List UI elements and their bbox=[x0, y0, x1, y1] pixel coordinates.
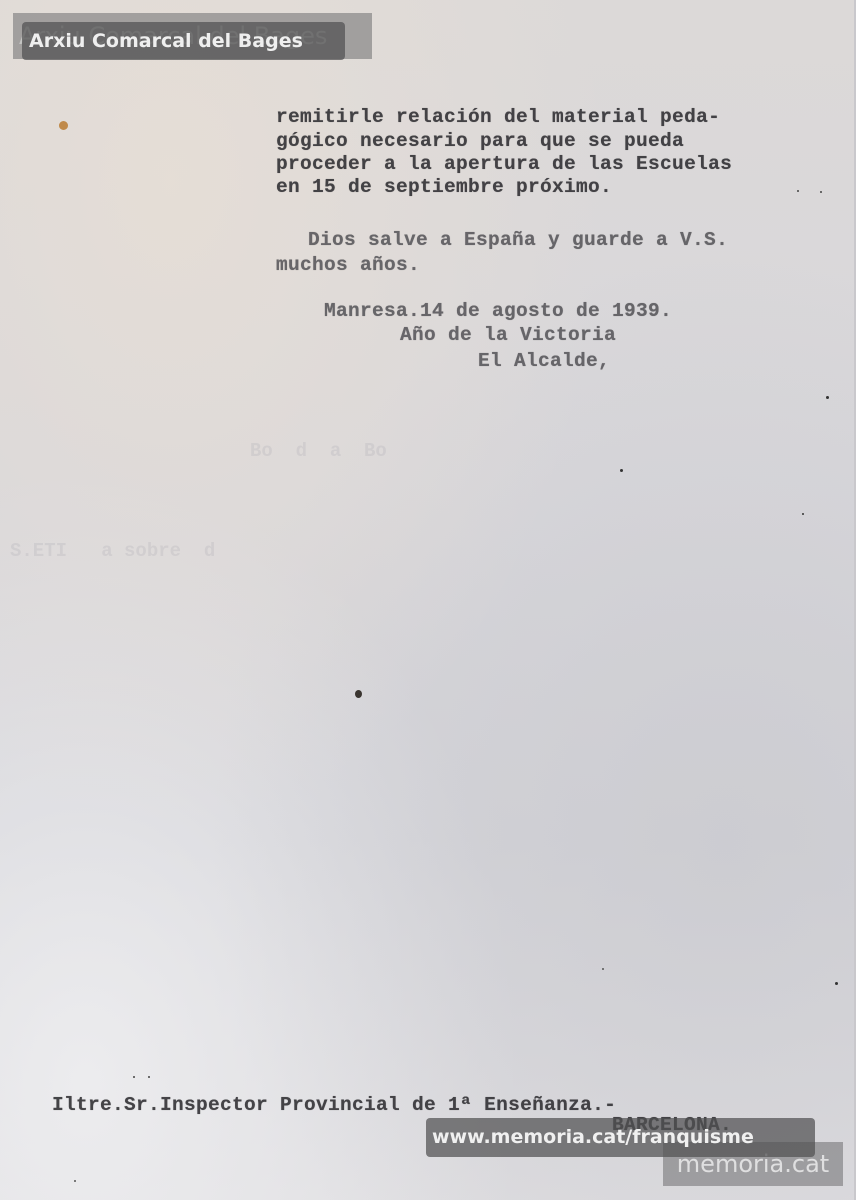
paper-stain bbox=[59, 121, 68, 130]
year-motto: Año de la Victoria bbox=[400, 324, 616, 346]
site-url-watermark: www.memoria.cat/franquisme bbox=[426, 1118, 815, 1157]
body-line: proceder a la apertura de las Escuelas bbox=[276, 153, 732, 175]
ink-speck bbox=[74, 1180, 76, 1182]
ink-speck bbox=[133, 1076, 135, 1078]
ink-speck bbox=[826, 396, 829, 399]
ink-speck bbox=[602, 968, 604, 970]
scanned-letter-page: S.ETI a sobre d Bo d a Bo remitirle rela… bbox=[0, 0, 856, 1200]
ink-speck bbox=[802, 513, 804, 515]
closing-line: Dios salve a España y guarde a V.S. bbox=[308, 229, 728, 251]
body-line: remitirle relación del material peda- bbox=[276, 106, 720, 128]
archive-watermark: Arxiu Comarcal del Bages bbox=[22, 22, 345, 60]
place-date: Manresa.14 de agosto de 1939. bbox=[324, 300, 672, 322]
body-line: en 15 de septiembre próximo. bbox=[276, 176, 612, 198]
ink-speck bbox=[355, 690, 362, 698]
ink-speck bbox=[835, 982, 838, 985]
signatory: El Alcalde, bbox=[478, 350, 610, 372]
ink-speck bbox=[820, 191, 822, 193]
body-line: gógico necesario para que se pueda bbox=[276, 130, 684, 152]
closing-line: muchos años. bbox=[276, 254, 420, 276]
addressee-line: Iltre.Sr.Inspector Provincial de 1ª Ense… bbox=[52, 1094, 616, 1116]
bleed-through-text: Bo d a Bo bbox=[250, 440, 387, 462]
bleed-through-text: S.ETI a sobre d bbox=[10, 540, 215, 562]
ink-speck bbox=[148, 1076, 150, 1078]
ink-speck bbox=[620, 469, 623, 472]
ink-speck bbox=[797, 190, 799, 192]
